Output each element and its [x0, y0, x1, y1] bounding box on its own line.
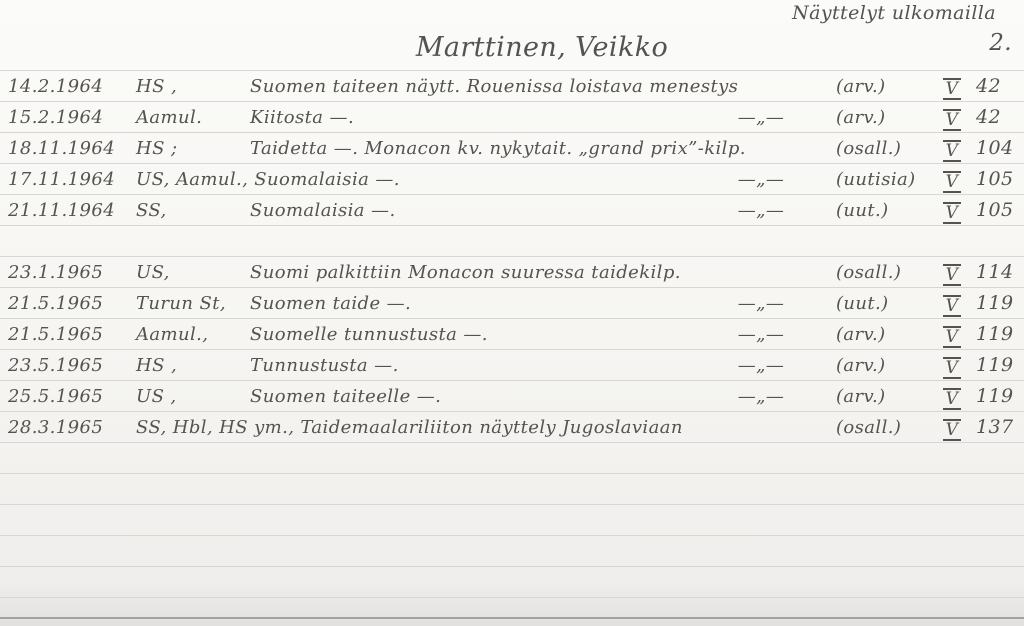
entry-volume: V: [932, 263, 972, 287]
entry-page-ref: 114: [972, 258, 1024, 287]
entry-note: (arv.): [836, 320, 932, 349]
volume-mark: V: [943, 171, 962, 193]
entry-source: US, Aamul.,: [136, 165, 248, 194]
entry-page-ref: 119: [972, 289, 1024, 318]
entry-volume: V: [932, 356, 972, 380]
entry-date: 17.11.1964: [8, 165, 136, 194]
entry-ditto-mark: —„—: [686, 165, 836, 194]
entry-volume: V: [932, 139, 972, 163]
entry-row: 21.5.1965 Aamul., Suomelle tunnustusta —…: [0, 318, 1024, 349]
entry-date: 21.5.1965: [8, 320, 136, 349]
entry-volume: V: [932, 387, 972, 411]
entry-note: (uutisia): [836, 165, 932, 194]
entry-page-ref: 119: [972, 351, 1024, 380]
entry-date: 23.1.1965: [8, 258, 136, 287]
entry-text: Kiitosta —.: [244, 103, 686, 132]
index-card: Näyttelyt ulkomailla 2. Marttinen, Veikk…: [0, 0, 1024, 626]
entry-source: SS,: [136, 196, 244, 225]
entry-ditto-mark: —„—: [686, 103, 836, 132]
entry-row: 15.2.1964 Aamul. Kiitosta —. —„— (arv.) …: [0, 101, 1024, 132]
entry-page-ref: 42: [972, 103, 1024, 132]
entry-text: Taidetta —. Monacon kv. nykytait. „grand…: [244, 134, 836, 163]
volume-mark: V: [943, 264, 962, 286]
blank-row: [0, 225, 1024, 256]
entry-text: Suomen taiteen näytt. Rouenissa loistava…: [244, 72, 836, 101]
entry-page-ref: 42: [972, 72, 1024, 101]
entry-source: HS ,: [136, 351, 244, 380]
entry-page-ref: 105: [972, 196, 1024, 225]
entry-page-ref: 105: [972, 165, 1024, 194]
entry-volume: V: [932, 325, 972, 349]
volume-mark: V: [943, 388, 962, 410]
entry-source: Turun St,: [136, 289, 244, 318]
entry-note: (arv.): [836, 103, 932, 132]
entry-volume: V: [932, 418, 972, 442]
entry-note: (arv.): [836, 382, 932, 411]
entry-volume: V: [932, 201, 972, 225]
header-note: Näyttelyt ulkomailla: [792, 2, 996, 24]
entry-source: US ,: [136, 382, 244, 411]
entry-volume: V: [932, 170, 972, 194]
entry-page-ref: 119: [972, 382, 1024, 411]
volume-mark: V: [943, 419, 962, 441]
entry-volume: V: [932, 77, 972, 101]
volume-mark: V: [943, 202, 962, 224]
volume-mark: V: [943, 140, 962, 162]
entry-row: 14.2.1964 HS , Suomen taiteen näytt. Rou…: [0, 70, 1024, 101]
entry-ditto-mark: —„—: [686, 382, 836, 411]
volume-mark: V: [943, 109, 962, 131]
entry-page-ref: 119: [972, 320, 1024, 349]
entry-note: (osall.): [836, 413, 932, 442]
bottom-rule: [0, 617, 1024, 619]
card-title: Marttinen, Veikko: [30, 32, 1024, 63]
entry-text: Tunnustusta —.: [244, 351, 686, 380]
entry-source: HS ,: [136, 72, 244, 101]
entry-text: Suomalaisia —.: [248, 165, 686, 194]
entry-row: 17.11.1964 US, Aamul., Suomalaisia —. —„…: [0, 163, 1024, 194]
entry-date: 21.5.1965: [8, 289, 136, 318]
entry-note: (uut.): [836, 196, 932, 225]
volume-mark: V: [943, 295, 962, 317]
entry-date: 25.5.1965: [8, 382, 136, 411]
entry-volume: V: [932, 108, 972, 132]
entry-source: Aamul.,: [136, 320, 244, 349]
entry-row: 23.1.1965 US, Suomi palkittiin Monacon s…: [0, 256, 1024, 287]
entry-row: 21.11.1964 SS, Suomalaisia —. —„— (uut.)…: [0, 194, 1024, 225]
entry-text: Suomen taide —.: [244, 289, 686, 318]
entry-note: (osall.): [836, 258, 932, 287]
entry-text: Suomalaisia —.: [244, 196, 686, 225]
entry-page-ref: 137: [972, 413, 1024, 442]
entry-row: 25.5.1965 US , Suomen taiteelle —. —„— (…: [0, 380, 1024, 411]
entry-row: 28.3.1965 SS, Hbl, HS ym., Taidemaalaril…: [0, 411, 1024, 442]
entry-ditto-mark: —„—: [686, 289, 836, 318]
entry-row: 21.5.1965 Turun St, Suomen taide —. —„— …: [0, 287, 1024, 318]
entry-date: 18.11.1964: [8, 134, 136, 163]
entry-note: (arv.): [836, 351, 932, 380]
entry-date: 28.3.1965: [8, 413, 136, 442]
entry-volume: V: [932, 294, 972, 318]
entry-text: Suomen taiteelle —.: [244, 382, 686, 411]
entry-date: 21.11.1964: [8, 196, 136, 225]
entry-date: 14.2.1964: [8, 72, 136, 101]
entry-ditto-mark: —„—: [686, 351, 836, 380]
volume-mark: V: [943, 357, 962, 379]
entry-ditto-mark: —„—: [686, 320, 836, 349]
entry-page-ref: 104: [972, 134, 1024, 163]
entry-date: 23.5.1965: [8, 351, 136, 380]
entry-rows: 14.2.1964 HS , Suomen taiteen näytt. Rou…: [0, 70, 1024, 442]
entry-ditto-mark: —„—: [686, 196, 836, 225]
entry-row: 23.5.1965 HS , Tunnustusta —. —„— (arv.)…: [0, 349, 1024, 380]
entry-source: SS, Hbl, HS ym.,: [136, 413, 294, 442]
entry-row: 18.11.1964 HS ; Taidetta —. Monacon kv. …: [0, 132, 1024, 163]
entry-date: 15.2.1964: [8, 103, 136, 132]
volume-mark: V: [943, 78, 962, 100]
volume-mark: V: [943, 326, 962, 348]
entry-note: (uut.): [836, 289, 932, 318]
entry-source: Aamul.: [136, 103, 244, 132]
entry-note: (osall.): [836, 134, 932, 163]
entry-note: (arv.): [836, 72, 932, 101]
entry-source: HS ;: [136, 134, 244, 163]
entry-text: Suomi palkittiin Monacon suuressa taidek…: [244, 258, 836, 287]
entry-text: Taidemaalariliiton näyttely Jugoslaviaan: [294, 413, 836, 442]
entry-text: Suomelle tunnustusta —.: [244, 320, 686, 349]
entry-source: US,: [136, 258, 244, 287]
